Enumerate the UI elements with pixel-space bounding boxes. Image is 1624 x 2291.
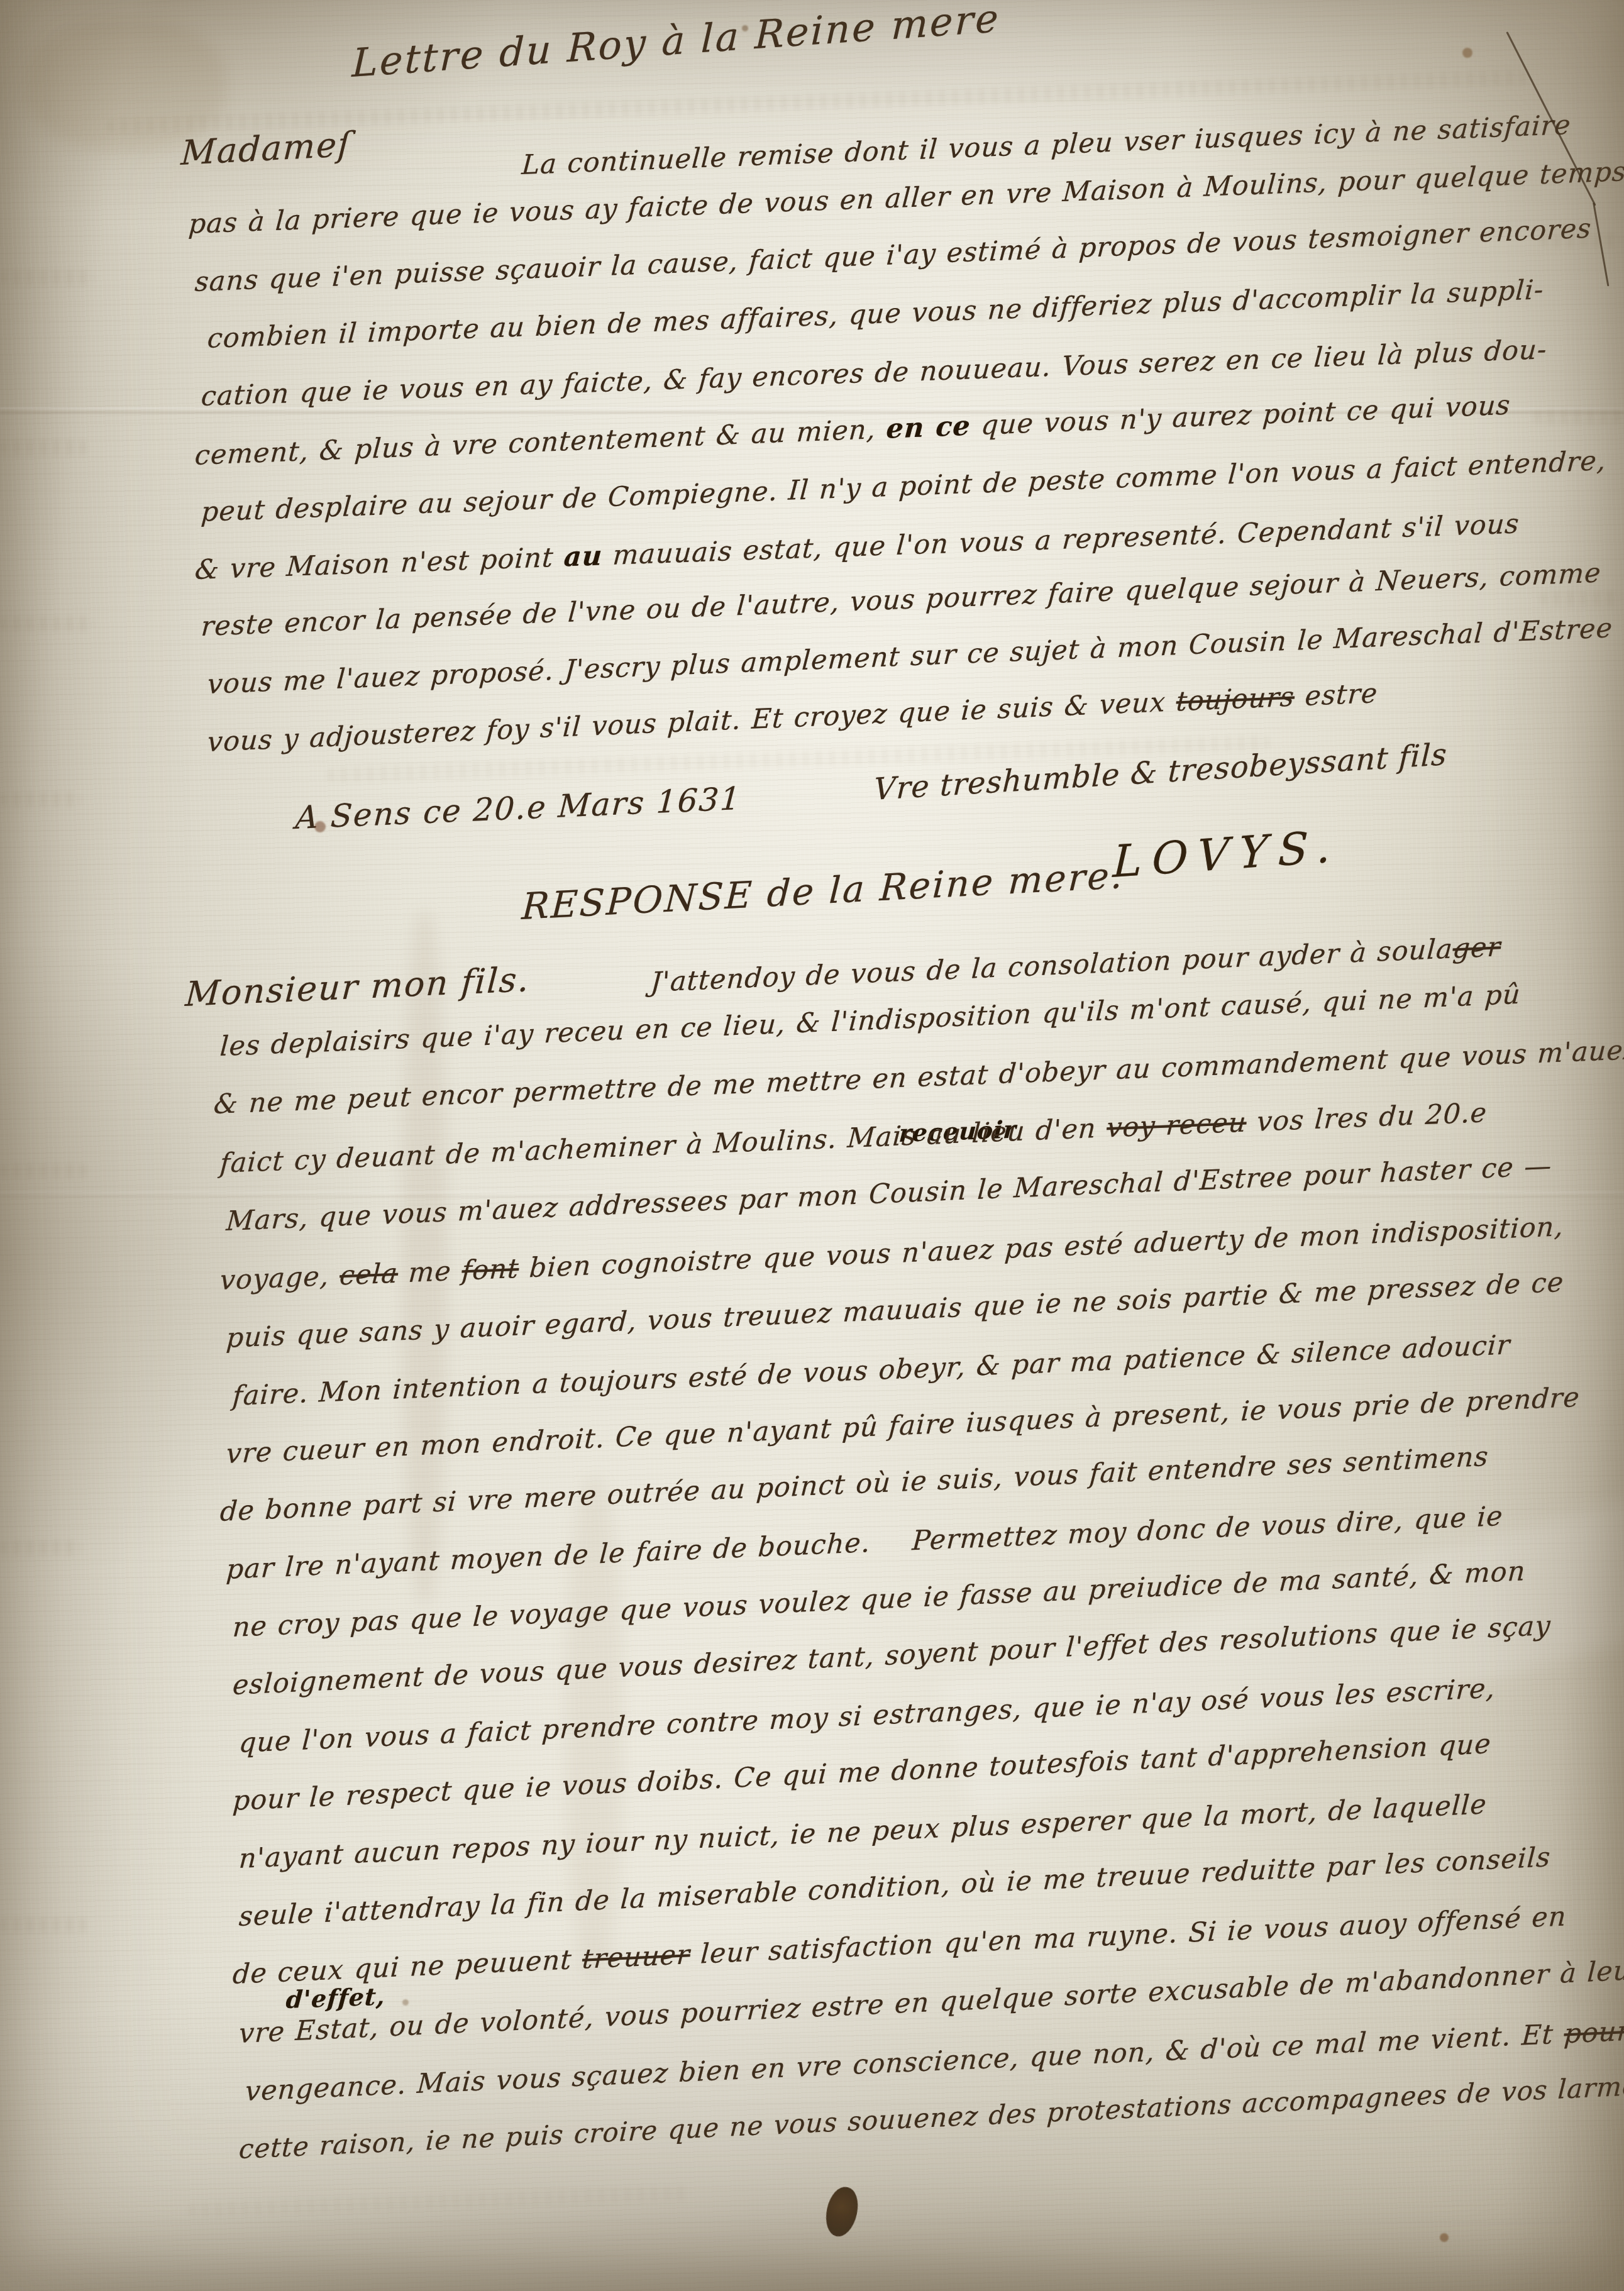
bleedthrough-text (1540, 591, 1622, 606)
paper-stain (25, 19, 226, 151)
manuscript-page: Lettre du Roy à la Reine mere Madameſ La… (0, 0, 1624, 2291)
ink-speck (314, 821, 326, 832)
text-segment: voyage, (219, 1260, 341, 1296)
text-segment: treuuer (582, 1939, 692, 1975)
text-segment: de ceux qui ne peuuent (231, 1944, 583, 1990)
text-segment: ger (1452, 931, 1502, 964)
text-segment: leur satisfaction qu'en ma ruyne. Si ie … (689, 1901, 1567, 1970)
text-segment: font (461, 1253, 520, 1287)
ink-speck (1440, 2233, 1449, 2242)
ink-speck (1462, 48, 1472, 58)
bleedthrough-text (0, 270, 94, 285)
text-segment: faict cy deuant de m'acheminer à Moulins… (219, 1112, 1108, 1179)
text-segment: me (397, 1255, 463, 1289)
ink-speck (402, 1999, 409, 2006)
text-segment: que vous n'y aurez point ce qui vous (969, 390, 1511, 442)
text-segment: toujours (1175, 681, 1295, 717)
king-letter-dateline: A Sens ce 20.e Mars 1631 (294, 780, 743, 836)
bleedthrough-text (0, 1918, 88, 1933)
text-segment: cela (339, 1258, 399, 1292)
text-segment: voy receu (1106, 1107, 1247, 1144)
text-segment: pour (1563, 2016, 1624, 2050)
king-signature: LOVYS. (1112, 820, 1342, 888)
text-segment: & vre Maison n'est point (194, 541, 565, 586)
bleedthrough-text (0, 1163, 88, 1178)
king-letter-heading: Lettre du Roy à la Reine mere (351, 0, 1001, 86)
king-letter-salutation: Madameſ (180, 124, 352, 173)
ink-blot (822, 2184, 862, 2239)
bleedthrough-text (0, 792, 82, 807)
text-segment: cement, & plus à vre contentement & au m… (194, 414, 887, 472)
response-heading: RESPONSE de la Reine mere. (521, 854, 1125, 928)
bleedthrough-text (0, 616, 94, 631)
text-segment: mauuais estat, que l'on vous a represent… (601, 508, 1520, 571)
ink-speck (742, 25, 748, 31)
bleedthrough-text (0, 1540, 82, 1555)
text-segment: en ce (885, 411, 971, 445)
text-segment: vos lres du 20.e (1246, 1097, 1488, 1139)
bleedthrough-text (189, 2185, 692, 2218)
text-segment: estre (1293, 678, 1379, 713)
interlinear-insertion-deffet: d'effet, (285, 1982, 386, 2014)
text-segment: au (563, 540, 604, 573)
response-salutation: Monsieur mon fils. (184, 959, 531, 1014)
bleedthrough-text (0, 440, 88, 455)
